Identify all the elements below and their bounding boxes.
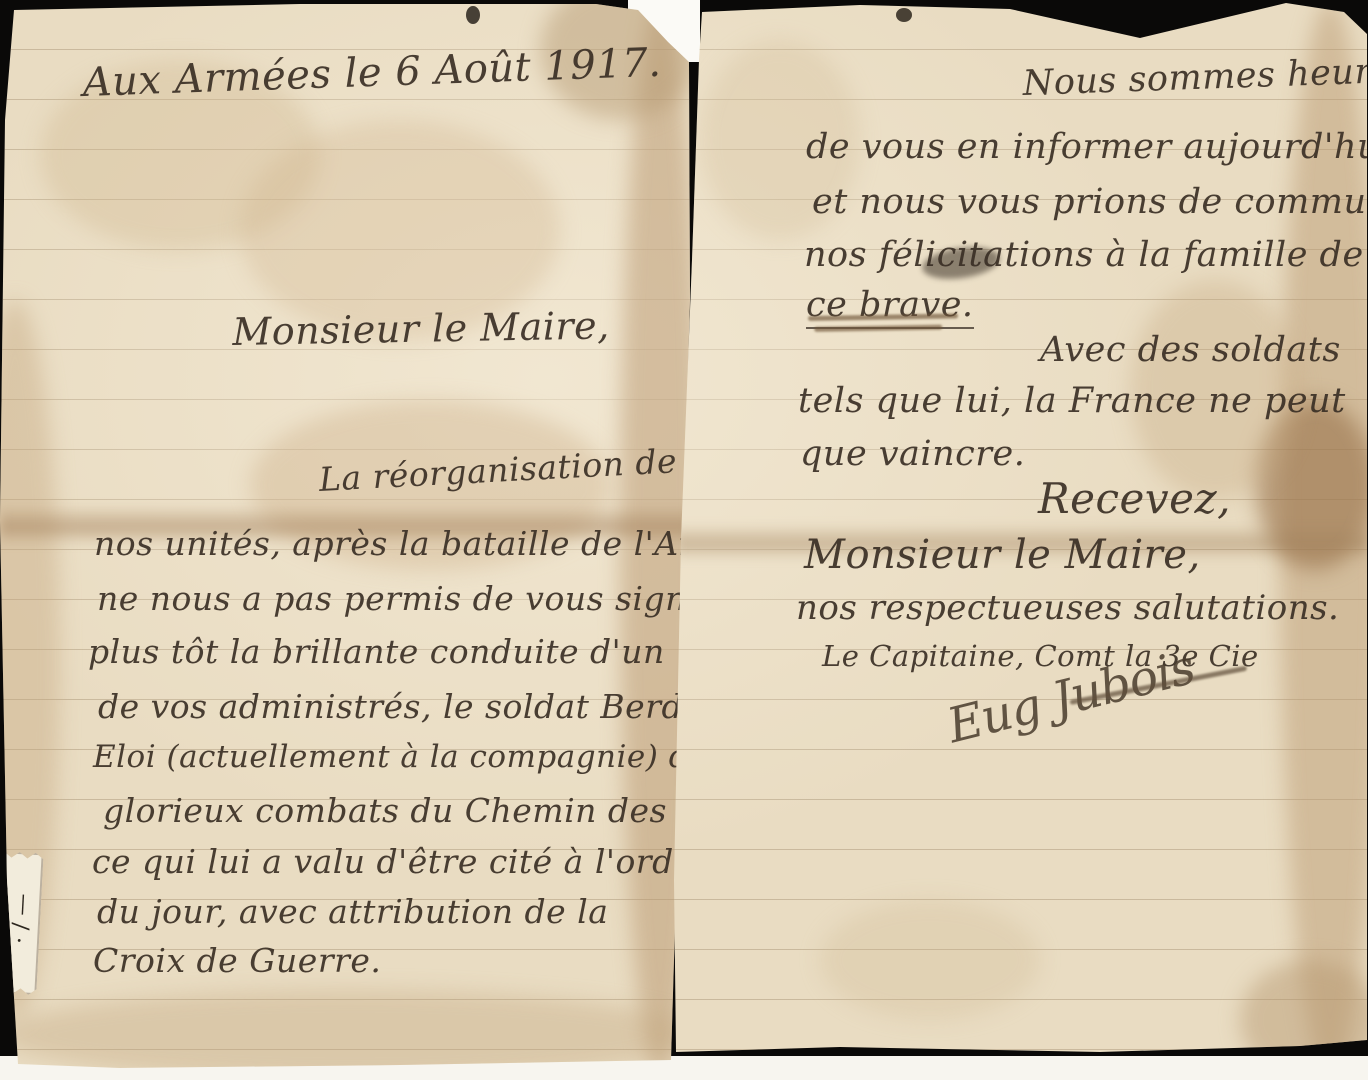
- handwritten-line: du jour, avec attribution de la: [97, 892, 608, 931]
- handwritten-line: Nous sommes heureux: [1022, 50, 1368, 104]
- closing-line: Monsieur le Maire,: [804, 532, 1201, 578]
- handwritten-line: et nous vous prions de communiquer: [812, 182, 1368, 222]
- closing-line: Recevez,: [1038, 474, 1231, 523]
- archive-tab-marks: · / —: [8, 893, 36, 945]
- handwritten-line: Avec des soldats: [1040, 330, 1341, 370]
- salutation: Monsieur le Maire,: [232, 303, 610, 354]
- handwritten-line: de vos administrés, le soldat Berdoyes: [98, 687, 760, 726]
- handwritten-line: La réorganisation de: [318, 441, 678, 499]
- handwritten-line: plus tôt la brillante conduite d'un: [88, 632, 665, 671]
- handwritten-line: nos unités, après la bataille de l'Aisne…: [94, 524, 760, 563]
- handwritten-line: nos félicitations à la famille de: [804, 235, 1364, 275]
- archive-tab-sticker: · / —: [0, 851, 44, 995]
- handwritten-line: ce qui lui a valu d'être cité à l'ordre: [92, 842, 710, 881]
- handwritten-line: que vaincre.: [800, 434, 1025, 474]
- handwritten-line: Croix de Guerre.: [93, 941, 381, 980]
- letter-scan: Aux Armées le 6 Août 1917. Monsieur le M…: [0, 0, 1368, 1080]
- dateline: Aux Armées le 6 Août 1917.: [82, 40, 662, 106]
- handwritten-line: de vous en informer aujourd'hui,: [806, 127, 1368, 167]
- closing-line: nos respectueuses salutations.: [796, 588, 1339, 628]
- handwritten-line: ne nous a pas permis de vous signaler: [97, 579, 754, 618]
- handwritten-line: tels que lui, la France ne peut: [798, 381, 1346, 421]
- scratched-out-word: [808, 313, 958, 338]
